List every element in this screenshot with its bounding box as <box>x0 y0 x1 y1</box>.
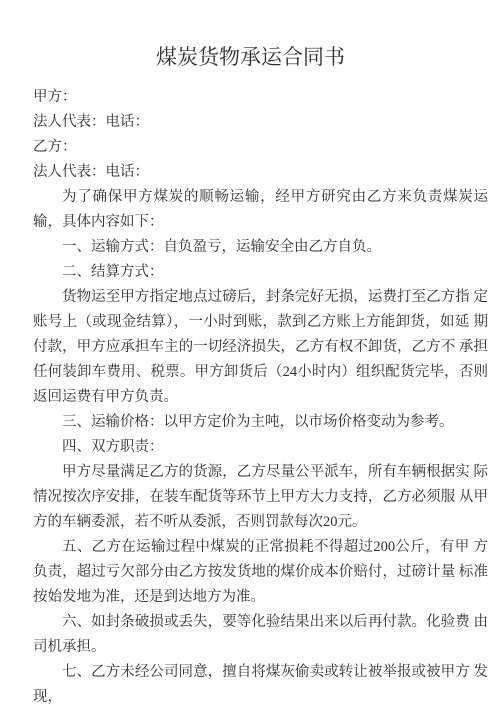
contract-paragraph: 法人代表：电话： <box>33 110 488 135</box>
contract-paragraph: 乙方： <box>33 135 488 160</box>
contract-paragraph: 七、乙方未经公司同意，擅自将煤灰偷卖或转让被举报或被甲方 发现， <box>33 660 488 710</box>
contract-paragraph: 五、乙方在运输过程中煤炭的正常损耗不得超过200公斤，有甲 方负责，超过亏欠部分… <box>33 535 488 610</box>
contract-paragraph: 二、结算方式： <box>33 260 488 285</box>
document-title: 煤炭货物承运合同书 <box>23 42 478 72</box>
document-body: 甲方：法人代表：电话：乙方：法人代表：电话：为了确保甲方煤炭的顺畅运输，经甲方研… <box>33 85 488 710</box>
contract-paragraph: 三、运输价格：以甲方定价为主吨，以市场价格变动为参考。 <box>33 410 488 435</box>
contract-paragraph: 一、运输方式：自负盈亏，运输安全由乙方自负。 <box>33 235 488 260</box>
contract-paragraph: 货物运至甲方指定地点过磅后，封条完好无损，运费打至乙方指 定账号上（或现金结算）… <box>33 285 488 410</box>
contract-paragraph: 六、如封条破损或丢失，要等化验结果出来以后再付款。化验费 由司机承担。 <box>33 610 488 660</box>
contract-paragraph: 四、双方职责： <box>33 435 488 460</box>
contract-paragraph: 甲方尽量满足乙方的货源，乙方尽量公平派车，所有车辆根据实 际情况按次序安排，在装… <box>33 460 488 535</box>
contract-paragraph: 甲方： <box>33 85 488 110</box>
contract-paragraph: 为了确保甲方煤炭的顺畅运输，经甲方研究由乙方来负责煤炭运 输，具体内容如下： <box>33 185 488 235</box>
contract-paragraph: 法人代表：电话： <box>33 160 488 185</box>
contract-page: 煤炭货物承运合同书 甲方：法人代表：电话：乙方：法人代表：电话：为了确保甲方煤炭… <box>0 0 500 720</box>
